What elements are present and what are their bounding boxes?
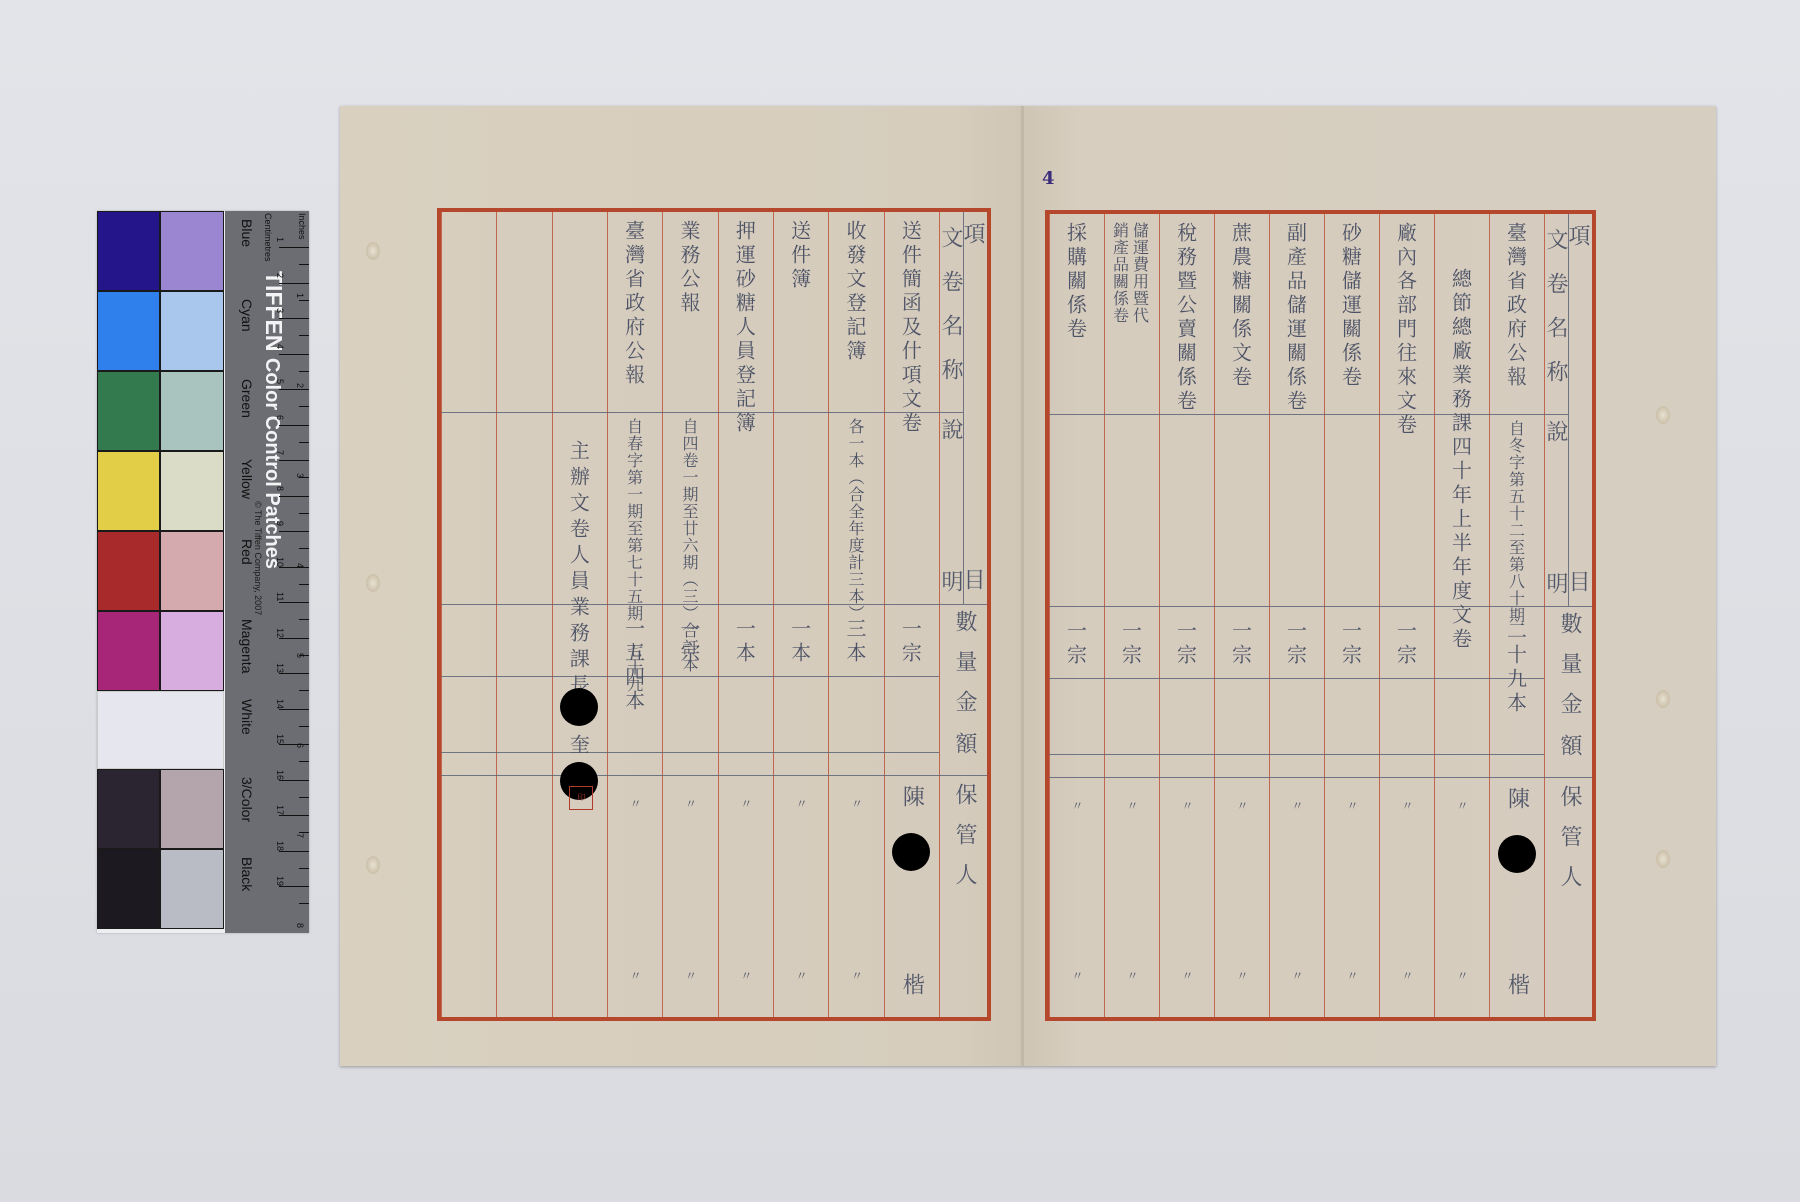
binding-hole-mark xyxy=(366,242,380,260)
row-name: 廠內各部門往來文卷 xyxy=(1396,222,1416,438)
ditto-mark: 〃 xyxy=(1237,797,1249,814)
cm-tick-label: 18 xyxy=(275,841,285,851)
color-patch-blue-light xyxy=(160,211,224,291)
cm-tick-label: 12 xyxy=(275,628,285,638)
column-rule xyxy=(773,212,774,1017)
row-name: 總節總廠業務課四十年上半年度文卷 xyxy=(1451,268,1471,652)
color-patch-black-dark xyxy=(97,849,160,929)
half-cm-tick xyxy=(299,903,309,904)
color-patch-cyan-dark xyxy=(97,291,160,371)
ditto-mark: 〃 xyxy=(740,967,752,984)
desc-header-start: 說 xyxy=(1544,420,1566,446)
page-number: 4 xyxy=(1042,168,1055,189)
inch-tick-label: 5 xyxy=(295,653,305,658)
inch-tick-label: 2 xyxy=(295,383,305,388)
binding-hole-mark xyxy=(1656,850,1670,868)
color-patch-magenta-dark xyxy=(97,611,160,691)
color-patch-green-dark xyxy=(97,371,160,451)
half-cm-tick xyxy=(299,406,309,407)
cm-tick-label: 17 xyxy=(275,805,285,815)
row-quantity: 一五四本 xyxy=(624,618,644,714)
amount-header-end: 額 xyxy=(1558,734,1580,760)
row-quantity: 一宗 xyxy=(1396,620,1416,668)
row-rule-amount xyxy=(1049,754,1544,755)
column-rule xyxy=(662,212,663,1017)
header-divider xyxy=(1568,214,1569,606)
inch-tick-label: 8 xyxy=(295,923,305,928)
name-header: 文卷名称 xyxy=(1544,228,1566,404)
custodian-name: 陳 xyxy=(1506,787,1528,813)
left-page-table: 項目文卷名称說明數量金額保管人陳楷送件簡函及什項文卷一宗收發文登記簿各一本（合全… xyxy=(437,208,991,1021)
half-cm-tick xyxy=(299,442,309,443)
binding-hole-mark xyxy=(1656,406,1670,424)
half-cm-tick xyxy=(299,548,309,549)
custodian-name: 楷 xyxy=(1506,973,1528,999)
redaction-dot xyxy=(1498,835,1536,873)
color-patch-black-light xyxy=(160,849,224,929)
cm-tick xyxy=(279,425,309,426)
half-cm-tick xyxy=(299,335,309,336)
cm-tick xyxy=(279,815,309,816)
column-rule xyxy=(828,212,829,1017)
column-rule xyxy=(884,212,885,1017)
ruler: TIFFEN Color Control Patches © The Tiffe… xyxy=(225,211,309,933)
row-quantity: 一宗 xyxy=(1066,620,1086,668)
item-header-end: 目 xyxy=(961,568,983,594)
column-rule xyxy=(1159,214,1160,1017)
inch-tick-label: 1 xyxy=(295,293,305,298)
column-rule xyxy=(1269,214,1270,1017)
row-quantity: 一宗 xyxy=(1341,620,1361,668)
color-patch-red-light xyxy=(160,531,224,611)
cm-tick xyxy=(279,283,309,284)
patch-label: White xyxy=(239,699,255,735)
signature-text: 主辦文卷人員業務課長沈 xyxy=(568,440,588,726)
cm-tick-label: 15 xyxy=(275,734,285,744)
patch-label: Red xyxy=(239,539,255,565)
column-rule xyxy=(1379,214,1380,1017)
row-name: 採購關係卷 xyxy=(1066,222,1086,342)
row-name: 業務公報 xyxy=(679,220,699,316)
ditto-mark: 〃 xyxy=(1182,797,1194,814)
row-quantity: 一本 xyxy=(734,618,754,666)
page-fold xyxy=(1021,106,1024,1066)
half-cm-tick xyxy=(299,371,309,372)
cm-tick-label: 1 xyxy=(275,237,285,242)
half-cm-tick xyxy=(299,584,309,585)
ditto-mark: 〃 xyxy=(1127,967,1139,984)
cm-tick xyxy=(279,531,309,532)
desc-header-start: 說 xyxy=(939,418,961,444)
half-cm-tick xyxy=(299,726,309,727)
row-rule-name xyxy=(1049,414,1568,415)
row-name: 稅務暨公賣關係卷 xyxy=(1176,222,1196,414)
color-patch-red-dark xyxy=(97,531,160,611)
row-quantity: 一宗 xyxy=(1286,620,1306,668)
inch-tick-label: 6 xyxy=(295,743,305,748)
color-patch-yellow-light xyxy=(160,451,224,531)
color-patch-magenta-light xyxy=(160,611,224,691)
patch-label: 3/Color xyxy=(239,777,255,822)
cm-tick-label: 7 xyxy=(275,450,285,455)
ditto-mark: 〃 xyxy=(630,795,642,812)
cm-tick-label: 11 xyxy=(275,592,285,601)
column-rule xyxy=(1324,214,1325,1017)
row-name: 儲運費用暨代 xyxy=(1132,222,1148,324)
row-description: 自冬字第五十二至第八十期 xyxy=(1508,420,1524,624)
custodian-header: 保管人 xyxy=(953,783,975,903)
cm-tick xyxy=(279,354,309,355)
cm-tick-label: 5 xyxy=(275,379,285,384)
half-cm-tick xyxy=(299,300,309,301)
custodian-name: 楷 xyxy=(900,973,922,999)
row-name: 蔗農糖關係文卷 xyxy=(1231,222,1251,390)
cm-tick xyxy=(279,318,309,319)
custodian-header: 保管人 xyxy=(1558,785,1580,905)
column-rule xyxy=(1104,214,1105,1017)
ditto-mark: 〃 xyxy=(1127,797,1139,814)
column-rule xyxy=(607,212,608,1017)
inch-tick-label: 3 xyxy=(295,473,305,478)
cm-tick-label: 14 xyxy=(275,699,285,709)
signature-suffix: 奎 xyxy=(568,734,588,758)
amount-header-end: 額 xyxy=(953,732,975,758)
row-quantity: 三本 xyxy=(845,618,865,666)
row-name: 臺灣省政府公報 xyxy=(624,220,644,388)
ditto-mark: 〃 xyxy=(796,967,808,984)
column-rule xyxy=(441,212,442,1017)
patch-label: Cyan xyxy=(239,299,255,332)
color-patch-3-color-light xyxy=(160,769,224,849)
cm-tick-label: 9 xyxy=(275,521,285,526)
ditto-mark: 〃 xyxy=(1072,797,1084,814)
cm-tick-label: 10 xyxy=(275,557,285,567)
row-rule-qty xyxy=(1049,678,1544,679)
inch-tick-label: 7 xyxy=(295,833,305,838)
row-rule-desc xyxy=(441,604,987,605)
column-rule xyxy=(718,212,719,1017)
cm-tick-label: 2 xyxy=(275,273,285,278)
ditto-mark: 〃 xyxy=(1402,797,1414,814)
inch-tick-label: 4 xyxy=(295,563,305,568)
color-patch-blue-dark xyxy=(97,211,160,291)
row-quantity: 二十九本 xyxy=(1506,620,1526,716)
ditto-mark: 〃 xyxy=(1182,967,1194,984)
item-header: 項 xyxy=(1566,224,1588,250)
patch-label: Magenta xyxy=(239,619,255,673)
ditto-mark: 〃 xyxy=(1292,967,1304,984)
ditto-mark: 〃 xyxy=(630,967,642,984)
item-header-end: 目 xyxy=(1566,570,1588,596)
desc-header-end: 明 xyxy=(1544,572,1566,598)
color-patch-cyan-light xyxy=(160,291,224,371)
half-cm-tick xyxy=(299,513,309,514)
row-description: 各一本（合全年度計三本） xyxy=(847,418,863,622)
ditto-mark: 〃 xyxy=(1457,967,1469,984)
cm-tick xyxy=(279,602,309,603)
row-quantity: 一宗 xyxy=(900,618,920,666)
color-patch-white xyxy=(97,691,224,769)
cm-tick-label: 3 xyxy=(275,308,285,313)
color-patch-green-light xyxy=(160,371,224,451)
row-rule-amount xyxy=(441,752,939,753)
ditto-mark: 〃 xyxy=(1347,797,1359,814)
color-patch-3-color-dark xyxy=(97,769,160,849)
ditto-mark: 〃 xyxy=(685,795,697,812)
half-cm-tick xyxy=(299,619,309,620)
custodian-name: 陳 xyxy=(900,785,922,811)
patch-label: Blue xyxy=(239,219,255,247)
cm-tick-label: 19 xyxy=(275,876,285,886)
qty-amount-header: 數量金 xyxy=(1558,612,1580,732)
row-rule-custodian xyxy=(1049,777,1592,778)
cm-tick-label: 6 xyxy=(275,415,285,420)
cm-tick-label: 16 xyxy=(275,770,285,780)
row-name-cont: 銷產品關係卷 xyxy=(1112,222,1128,324)
ditto-mark: 〃 xyxy=(796,795,808,812)
right-page-table: 項目文卷名称說明數量金額保管人陳楷臺灣省政府公報自冬字第五十二至第八十期二十九本… xyxy=(1045,210,1596,1021)
column-rule xyxy=(496,212,497,1017)
cm-tick xyxy=(279,673,309,674)
column-rule xyxy=(1214,214,1215,1017)
ditto-mark: 〃 xyxy=(1457,797,1469,814)
patch-label: Yellow xyxy=(239,459,255,499)
header-divider xyxy=(963,212,964,604)
color-patch-yellow-dark xyxy=(97,451,160,531)
centimetres-label: Centimetres xyxy=(263,213,273,262)
inches-label: Inches xyxy=(297,213,307,240)
ditto-mark: 〃 xyxy=(851,967,863,984)
row-quantity: 一本 xyxy=(790,618,810,666)
official-seal: 印 xyxy=(569,786,593,810)
color-control-card: TIFFEN Color Control Patches © The Tiffe… xyxy=(97,211,309,933)
row-name: 臺灣省政府公報 xyxy=(1506,222,1526,390)
cm-tick xyxy=(279,247,309,248)
cm-tick-label: 8 xyxy=(275,486,285,491)
binding-hole-mark xyxy=(1656,690,1670,708)
ditto-mark: 〃 xyxy=(740,795,752,812)
redaction-dot xyxy=(560,688,598,726)
ditto-mark: 〃 xyxy=(1347,967,1359,984)
desc-header-end: 明 xyxy=(939,570,961,596)
ditto-mark: 〃 xyxy=(1072,967,1084,984)
row-quantity: 一宗 xyxy=(1121,620,1141,668)
row-name: 送件簡函及什項文卷 xyxy=(900,220,920,436)
row-name: 送件簿 xyxy=(790,220,810,292)
row-name: 押運砂糖人員登記簿 xyxy=(734,220,754,436)
row-quantity: 一宗 xyxy=(1231,620,1251,668)
binding-hole-mark xyxy=(366,856,380,874)
ditto-mark: 〃 xyxy=(1292,797,1304,814)
cm-tick-label: 4 xyxy=(275,344,285,349)
half-cm-tick xyxy=(299,797,309,798)
row-name: 砂糖儲運關係卷 xyxy=(1341,222,1361,390)
column-rule xyxy=(1489,214,1490,1017)
half-cm-tick xyxy=(299,761,309,762)
column-rule xyxy=(1049,214,1050,1017)
column-rule xyxy=(1434,214,1435,1017)
ditto-mark: 〃 xyxy=(1402,967,1414,984)
name-header: 文卷名称 xyxy=(939,226,961,402)
ditto-mark: 〃 xyxy=(851,795,863,812)
half-cm-tick xyxy=(299,868,309,869)
cm-tick xyxy=(279,460,309,461)
row-name: 副產品儲運關係卷 xyxy=(1286,222,1306,414)
patch-label: Black xyxy=(239,857,255,891)
cm-tick xyxy=(279,389,309,390)
half-cm-tick xyxy=(299,264,309,265)
row-quantity: 一宗 xyxy=(679,618,699,666)
cm-tick xyxy=(279,886,309,887)
patch-label: Green xyxy=(239,379,255,418)
ditto-mark: 〃 xyxy=(1237,967,1249,984)
row-quantity: 一宗 xyxy=(1176,620,1196,668)
row-rule-name xyxy=(441,412,963,413)
half-cm-tick xyxy=(299,690,309,691)
redaction-dot xyxy=(892,833,930,871)
row-rule-custodian xyxy=(441,775,987,776)
column-rule xyxy=(552,212,553,1017)
qty-amount-header: 數量金 xyxy=(953,610,975,730)
row-rule-qty xyxy=(441,676,939,677)
item-header: 項 xyxy=(961,222,983,248)
binding-hole-mark xyxy=(366,574,380,592)
cm-tick xyxy=(279,496,309,497)
row-name: 收發文登記簿 xyxy=(845,220,865,364)
ditto-mark: 〃 xyxy=(685,967,697,984)
cm-tick-label: 13 xyxy=(275,663,285,673)
